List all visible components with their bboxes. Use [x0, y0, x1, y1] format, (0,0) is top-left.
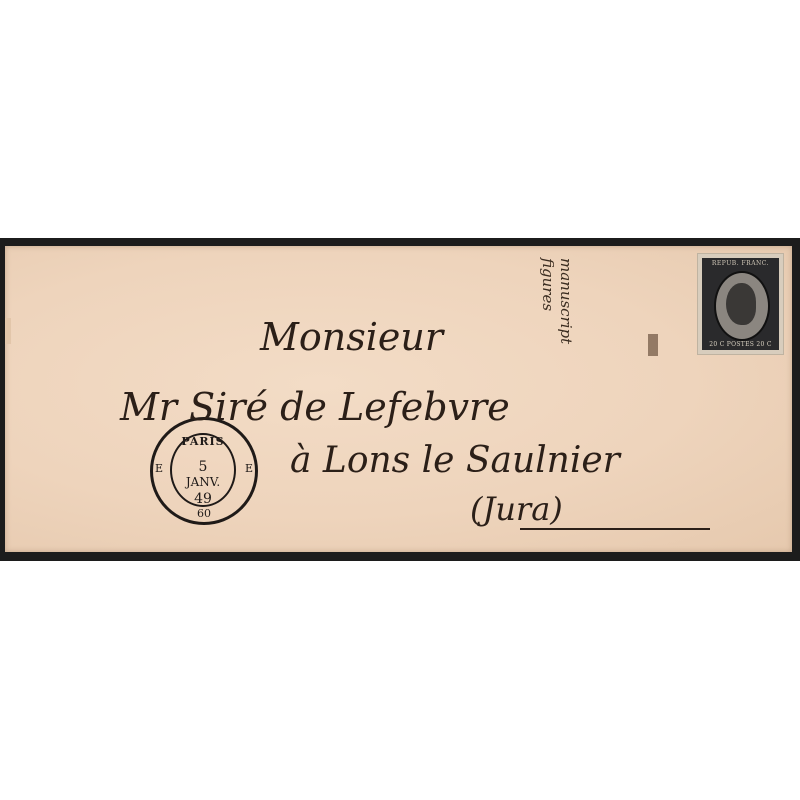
postmark-city: PARIS — [172, 435, 234, 448]
postage-stamp: REPUB. FRANC. 20 C POSTES 20 C — [697, 253, 784, 355]
postmark-letter-left: E — [155, 462, 163, 475]
address-line-1: Monsieur — [260, 315, 443, 359]
stamp-value-text: 20 C POSTES 20 C — [702, 341, 779, 348]
ceres-head-icon — [726, 283, 756, 325]
postmark-year: 49 — [172, 491, 234, 507]
postmark-letter-right: E — [245, 462, 253, 475]
postmark-inner-ring: PARIS 5 JANV. 49 — [170, 433, 236, 507]
address-line-4: (Jura) — [470, 490, 563, 528]
stamp-portrait-oval — [714, 271, 770, 341]
postmark-office-number: 60 — [153, 507, 255, 520]
stamp-design: REPUB. FRANC. 20 C POSTES 20 C — [702, 258, 779, 350]
stamp-top-text: REPUB. FRANC. — [702, 260, 779, 267]
address-line-2: Mr Siré de Lefebvre — [120, 385, 510, 429]
postmark-month: JANV. — [172, 475, 234, 489]
address-underline — [520, 528, 710, 530]
manuscript-marginal-notes: manuscript figures — [475, 258, 575, 298]
ink-smudge — [648, 334, 658, 356]
postmark-day: 5 — [172, 459, 234, 475]
paris-postmark: E E PARIS 5 JANV. 49 60 — [150, 417, 258, 525]
address-line-3: à Lons le Saulnier — [290, 440, 620, 481]
envelope-fold-edge — [5, 318, 11, 344]
